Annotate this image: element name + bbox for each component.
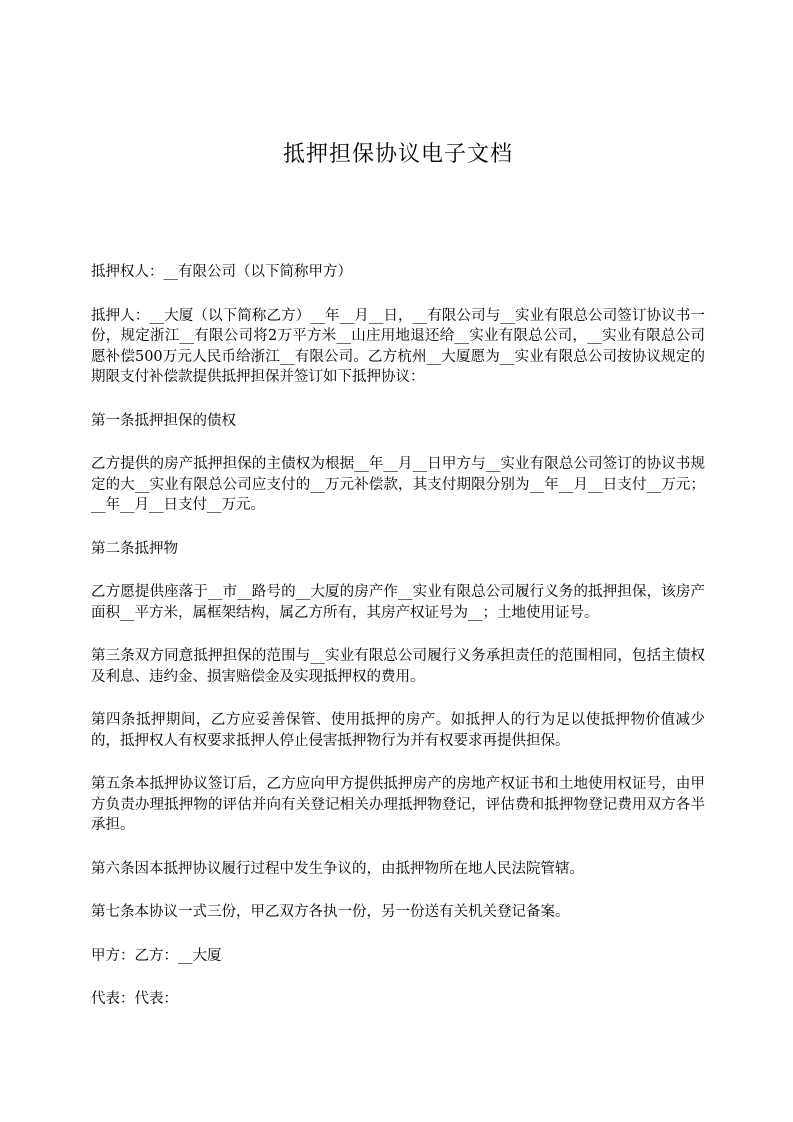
article-1-heading: 第一条抵押担保的债权 xyxy=(91,411,705,432)
article-2-body: 乙方愿提供座落于__市__路号的__大厦的房产作__实业有限总公司履行义务的抵押… xyxy=(91,582,705,623)
representatives-signature-line: 代表：代表： xyxy=(91,989,705,1010)
article-7: 第七条本协议一式三份，甲乙双方各执一份，另一份送有关机关登记备案。 xyxy=(91,902,705,923)
article-5: 第五条本抵押协议签订后，乙方应向甲方提供抵押房产的房地产权证书和土地使用权证号，… xyxy=(91,774,705,836)
document-body: 抵押权人：__有限公司（以下简称甲方） 抵押人：__大厦（以下简称乙方）__年_… xyxy=(91,262,705,1033)
article-2-heading: 第二条抵押物 xyxy=(91,539,705,560)
document-title: 抵押担保协议电子文档 xyxy=(91,137,705,168)
article-3: 第三条双方同意抵押担保的范围与__实业有限总公司履行义务承担责任的范围相同，包括… xyxy=(91,646,705,687)
article-1-body: 乙方提供的房产抵押担保的主债权为根据__年__月__日甲方与__实业有限总公司签… xyxy=(91,454,705,516)
article-4: 第四条抵押期间，乙方应妥善保管、使用抵押的房产。如抵押人的行为足以使抵押物价值减… xyxy=(91,710,705,751)
mortgagor-intro: 抵押人：__大厦（以下简称乙方）__年__月__日，__有限公司与__实业有限总… xyxy=(91,306,705,388)
mortgagee-line: 抵押权人：__有限公司（以下简称甲方） xyxy=(91,262,705,283)
article-6: 第六条因本抵押协议履行过程中发生争议的，由抵押物所在地人民法院管辖。 xyxy=(91,859,705,880)
parties-signature-line: 甲方：乙方：__大厦 xyxy=(91,946,705,967)
